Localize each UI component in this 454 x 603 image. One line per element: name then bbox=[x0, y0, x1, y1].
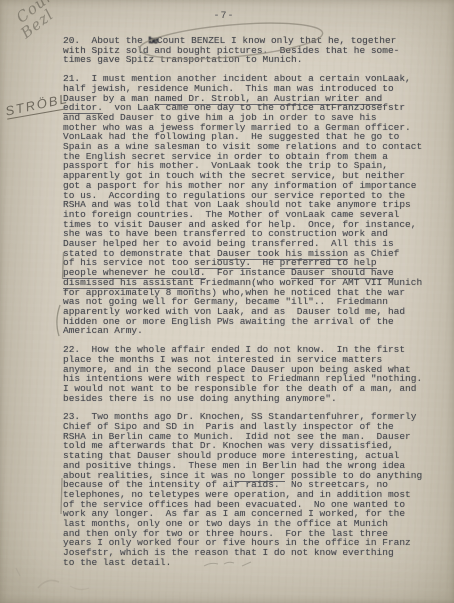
handwritten-margin-note-strobl: STRÖBL bbox=[4, 91, 70, 121]
bottom-smudge-1 bbox=[38, 580, 59, 588]
margin-line-mark-3 bbox=[61, 478, 62, 514]
margin-note-text: STRÖBL bbox=[4, 91, 70, 119]
bottom-smudge-2 bbox=[70, 586, 89, 590]
page-number: -7- bbox=[0, 11, 448, 22]
text-line: times gave Spitz transportation to Munic… bbox=[63, 55, 443, 65]
typed-body: 20. About the beCount BENZEL I know only… bbox=[63, 36, 443, 577]
text-segment: American Army. bbox=[63, 325, 143, 336]
text-segment: besides there is no use doing anything a… bbox=[63, 393, 337, 404]
bottom-smudge-3 bbox=[16, 568, 20, 576]
text-segment: times gave Spitz transportation to Munic… bbox=[63, 54, 302, 65]
margin-line-mark-2 bbox=[57, 305, 60, 336]
text-line: American Army. bbox=[63, 326, 443, 336]
text-line: besides there is no use doing anything a… bbox=[63, 394, 443, 404]
overstruck-text: be bbox=[149, 35, 157, 46]
paragraph-22: 22. How the whole affair ended I do not … bbox=[63, 345, 443, 403]
paragraph-21: 21. I must mention another incident abou… bbox=[63, 74, 443, 336]
paragraph-20: 20. About the beCount BENZEL I know only… bbox=[63, 36, 443, 65]
paragraph-23: 23. Two months ago Dr. Knochen, SS Stand… bbox=[63, 412, 443, 567]
text-line: to the last detail. bbox=[63, 558, 443, 568]
text-segment: to the last detail. bbox=[63, 557, 171, 568]
scanned-page: { "page": { "number_label": "-7-" }, "an… bbox=[0, 0, 454, 603]
